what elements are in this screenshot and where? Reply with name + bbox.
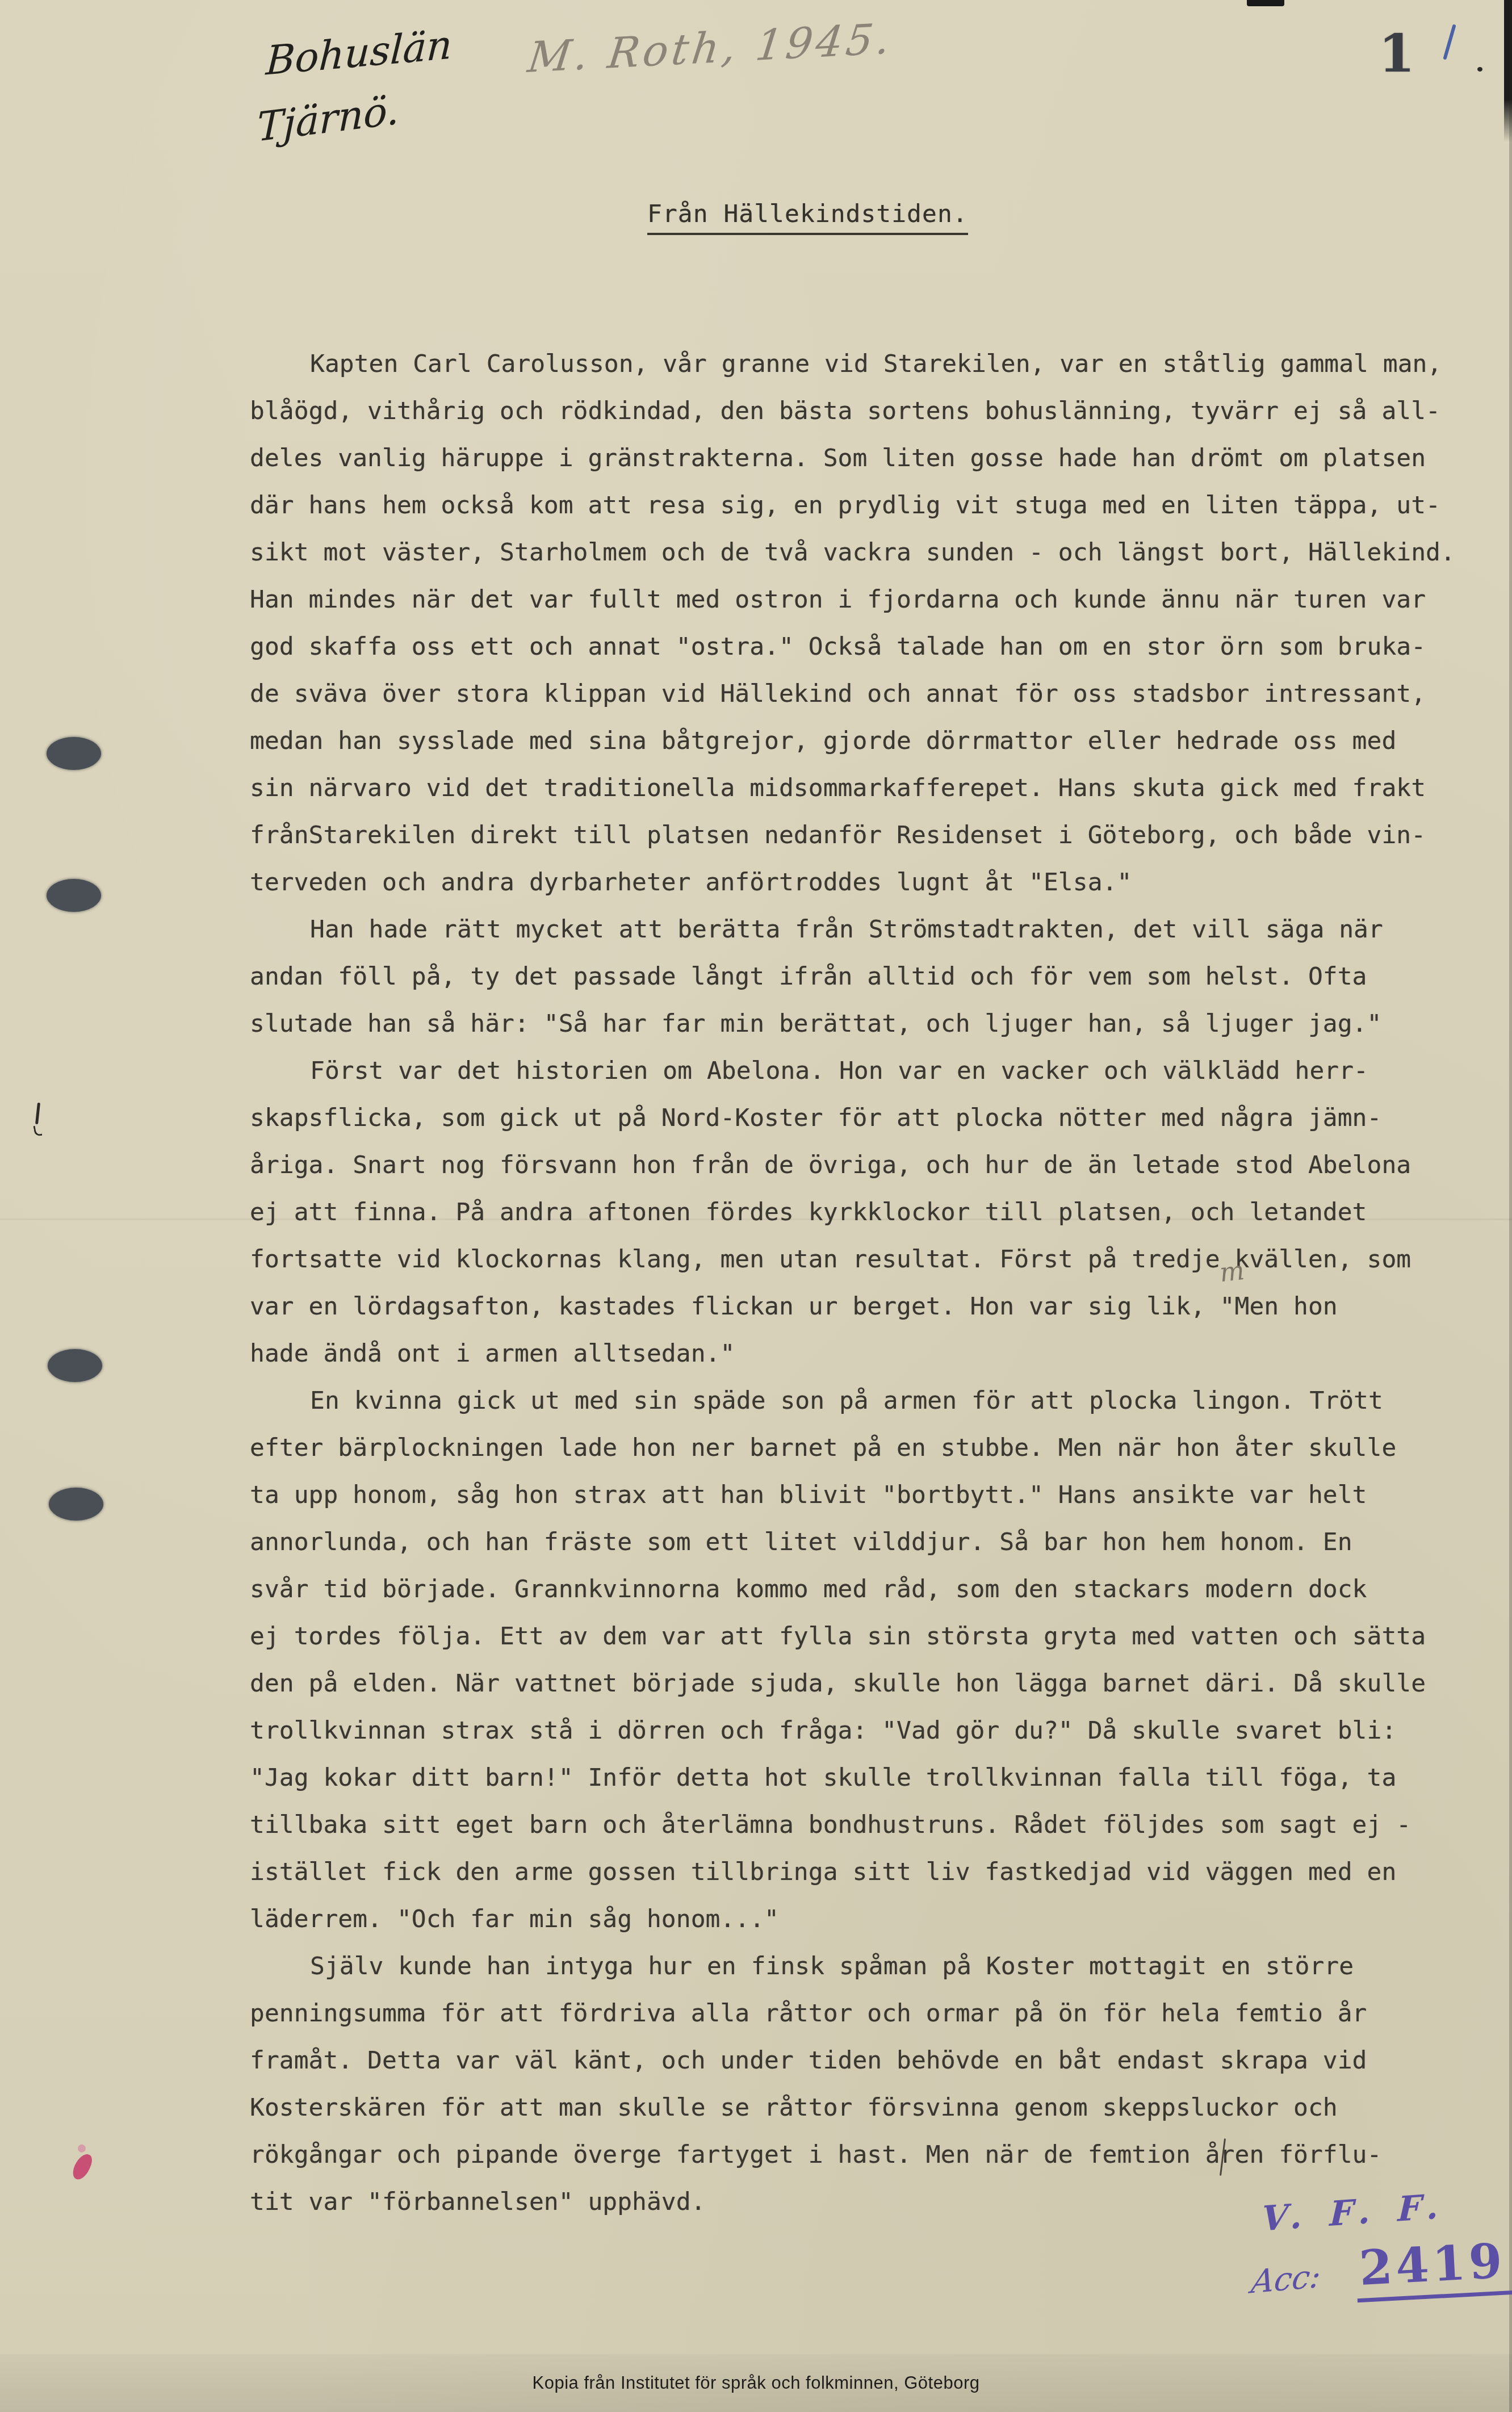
punch-hole <box>47 879 101 912</box>
document-title: Från Hällekindstiden. <box>647 200 968 235</box>
paper-fold-line <box>0 1218 1512 1220</box>
typewritten-line: den på elden. När vattnet började sjuda,… <box>250 1660 1454 1707</box>
handwritten-region-label: Bohuslän <box>265 21 453 84</box>
ink-squiggle-mark <box>33 1103 42 1136</box>
typewritten-line: istället fick den arme gossen tillbringa… <box>250 1849 1454 1896</box>
scanned-document-page: Bohuslän Tjärnö. M. Roth, 1945. 1 Från H… <box>0 0 1512 2412</box>
typewritten-line: var en lördagsafton, kastades flickan ur… <box>250 1283 1454 1330</box>
typewritten-line: blåögd, vithårig och rödkindad, den bäst… <box>250 388 1454 435</box>
typewritten-line: de sväva över stora klippan vid Hällekin… <box>250 671 1454 718</box>
typewritten-line: medan han sysslade med sina båtgrejor, g… <box>250 718 1454 765</box>
footer-strip: Kopia från Institutet för språk och folk… <box>0 2354 1512 2412</box>
typewritten-line: penningsumma för att fördriva alla råtto… <box>250 1990 1454 2037</box>
typewritten-line: annorlunda, och han fräste som ett litet… <box>250 1519 1454 1566</box>
punch-hole <box>48 1349 102 1382</box>
typewritten-line: Kapten Carl Carolusson, vår granne vid S… <box>250 341 1454 388</box>
typewritten-line: "Jag kokar ditt barn!" Inför detta hot s… <box>250 1754 1454 1802</box>
typewritten-line: Själv kunde han intyga hur en finsk spåm… <box>250 1943 1454 1990</box>
typewritten-line: deles vanlig häruppe i gränstrakterna. S… <box>250 435 1454 482</box>
typewritten-line: ej att finna. På andra aftonen fördes ky… <box>250 1189 1454 1236</box>
typewritten-line: god skaffa oss ett och annat "ostra." Oc… <box>250 623 1454 671</box>
typewritten-line: Kosterskären för att man skulle se råtto… <box>250 2084 1454 2132</box>
punch-hole <box>49 1488 103 1521</box>
typewritten-line: slutade han så här: "Så har far min berä… <box>250 1000 1454 1048</box>
typewritten-line: ta upp honom, såg hon strax att han bliv… <box>250 1472 1454 1519</box>
page-number-stamp: 1 <box>1379 23 1415 84</box>
typewritten-line: skapsflicka, som gick ut på Nord-Koster … <box>250 1095 1454 1142</box>
scan-edge-shadow <box>1509 0 1512 2412</box>
typewritten-line: efter bärplockningen lade hon ner barnet… <box>250 1425 1454 1472</box>
typewritten-line: fortsatte vid klockornas klang, men utan… <box>250 1236 1454 1283</box>
typewritten-line: sin närvaro vid det traditionella midsom… <box>250 765 1454 812</box>
typewritten-line: andan föll på, ty det passade långt ifrå… <box>250 953 1454 1000</box>
handwritten-author-year: M. Roth, 1945. <box>525 14 896 82</box>
typewritten-line: tillbaka sitt eget barn och återlämna bo… <box>250 1802 1454 1849</box>
pink-ink-blot <box>70 2151 94 2182</box>
punch-hole <box>47 737 101 770</box>
scan-edge-mark <box>1247 0 1284 6</box>
typewritten-line: svår tid började. Grannkvinnorna kommo m… <box>250 1566 1454 1613</box>
typewritten-line: En kvinna gick ut med sin späde son på a… <box>250 1377 1454 1425</box>
handwritten-correction-m: m <box>1218 1255 1246 1288</box>
accession-number: 2419 <box>1354 2232 1512 2302</box>
typewritten-line: hade ändå ont i armen alltsedan." <box>250 1330 1454 1377</box>
ink-dot <box>1477 67 1482 72</box>
typewritten-line: åriga. Snart nog försvann hon från de öv… <box>250 1142 1454 1189</box>
typewritten-line: ej tordes följa. Ett av dem var att fyll… <box>250 1613 1454 1660</box>
typewritten-line: trollkvinnan strax stå i dörren och fråg… <box>250 1707 1454 1754</box>
typewritten-line: frånStarekilen direkt till platsen nedan… <box>250 812 1454 859</box>
typewritten-line: framåt. Detta var väl känt, och under ti… <box>250 2037 1454 2084</box>
typewritten-line: rökgångar och pipande överge fartyget i … <box>250 2132 1454 2179</box>
typewritten-line: sikt mot väster, Starholmem och de två v… <box>250 529 1454 576</box>
typewritten-line: terveden och andra dyrbarheter anförtrod… <box>250 859 1454 906</box>
handwritten-place-label: Tjärnö. <box>257 86 399 150</box>
blue-check-mark <box>1443 24 1456 60</box>
typewritten-text: Kapten Carl Carolusson, vår granne vid S… <box>250 341 1454 2226</box>
accession-label: Acc: <box>1249 2258 1323 2301</box>
typewritten-line: Först var det historien om Abelona. Hon … <box>250 1048 1454 1095</box>
typewritten-line: Han hade rätt mycket att berätta från St… <box>250 906 1454 953</box>
footer-attribution: Kopia från Institutet för språk och folk… <box>533 2373 980 2393</box>
typewritten-line: där hans hem också kom att resa sig, en … <box>250 482 1454 529</box>
typewritten-line: Han mindes när det var fullt med ostron … <box>250 576 1454 623</box>
typewritten-line: läderrem. "Och far min såg honom..." <box>250 1896 1454 1943</box>
